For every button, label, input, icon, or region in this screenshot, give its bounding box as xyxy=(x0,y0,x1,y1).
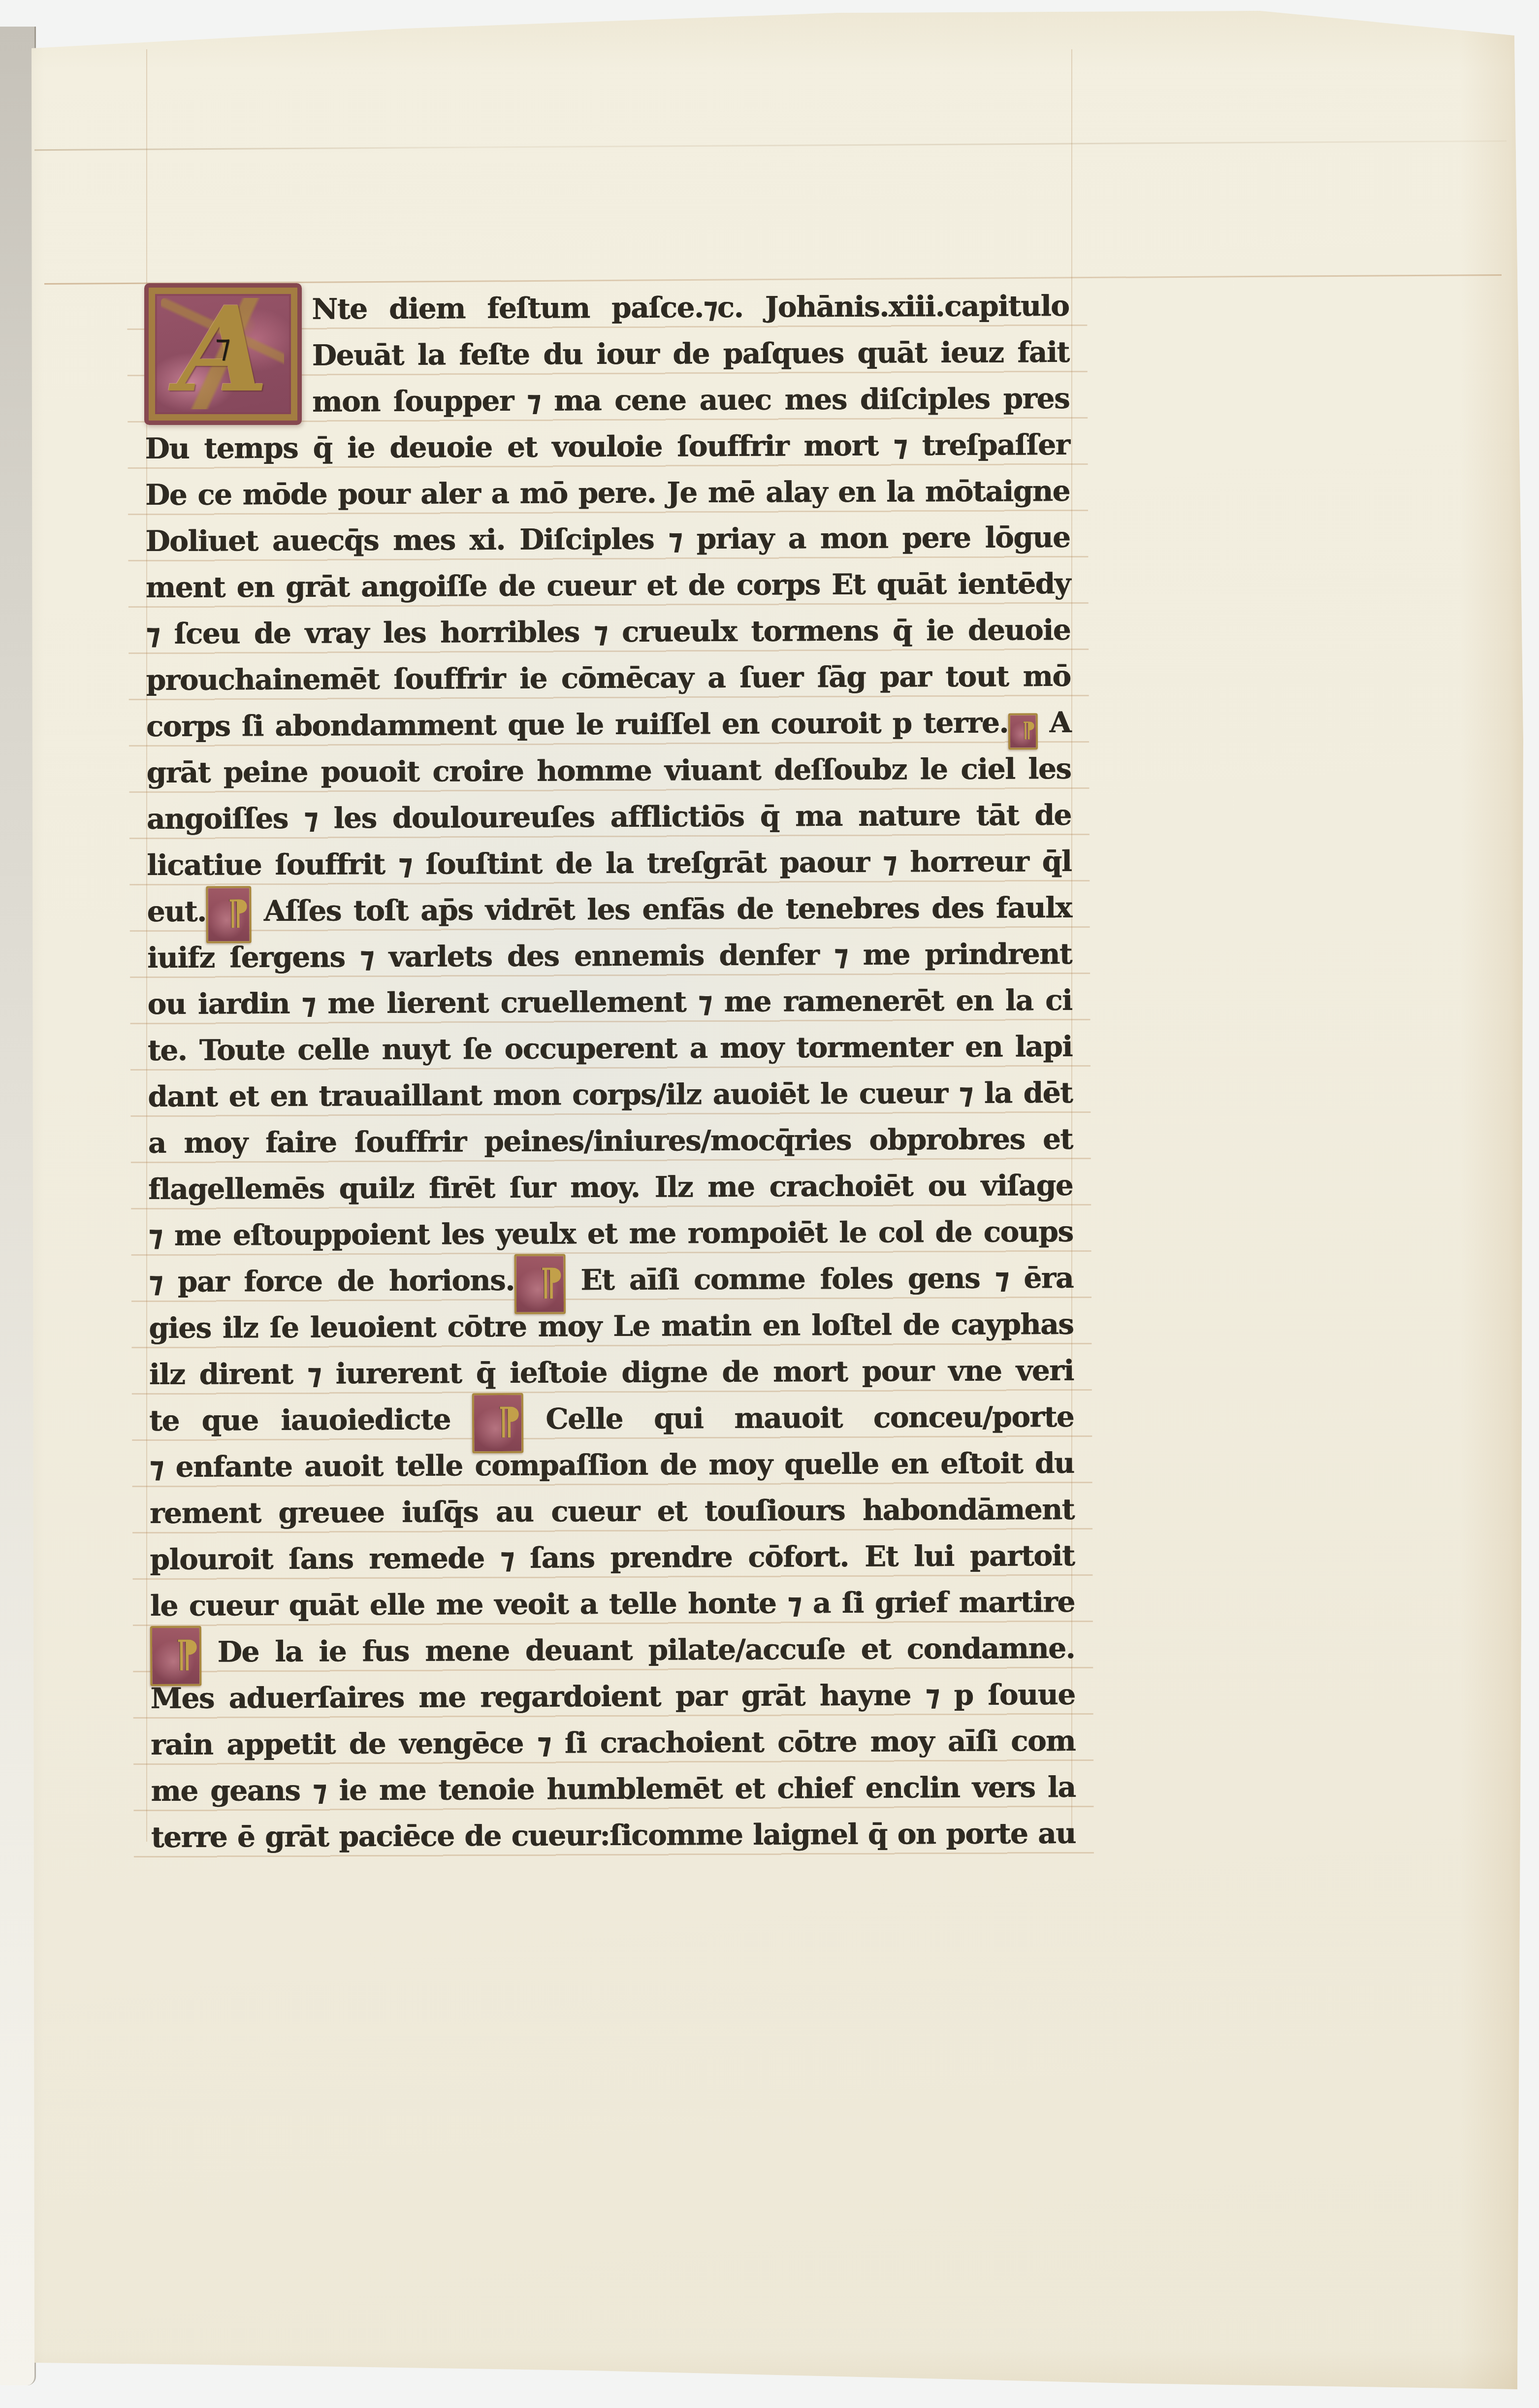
line-segment: corps ſi abondamment que le ruiſſel en c… xyxy=(146,706,1008,743)
line-segment: De la ie fus mene deuant pilate/accuſe e… xyxy=(217,1631,1075,1669)
text-line: a moy faire ſouffrir peines/iniures/mocq… xyxy=(148,1116,1072,1166)
line-segment: angoiſſes ⁊ les douloureuſes afflictiōs … xyxy=(147,798,1071,836)
text-line: flagellemēs quilz firēt ſur moy. Ilz me … xyxy=(148,1162,1073,1212)
line-segment: ou iardin ⁊ me lierent cruellement ⁊ me … xyxy=(147,983,1072,1021)
line-segment: ment en grāt angoiſſe de cueur et de cor… xyxy=(146,567,1070,604)
line-segment: mon ſoupper ⁊ ma cene auec mes diſciples… xyxy=(312,382,1069,419)
paragraph-mark: ¶ xyxy=(472,1393,523,1453)
line-segment: Mes aduerſaires me regardoient par grāt … xyxy=(150,1678,1075,1715)
paragraph-mark: ¶ xyxy=(514,1254,566,1314)
text-line: te que iauoiedicte¶ Celle qui mauoit con… xyxy=(149,1394,1074,1444)
line-segment: ilz dirent ⁊ iurerent q̄ ieſtoie digne d… xyxy=(149,1354,1073,1391)
paragraph-mark: ¶ xyxy=(150,1626,202,1686)
crease-line xyxy=(34,140,1507,151)
text-line: gies ilz ſe leuoient cōtre moy Le matin … xyxy=(149,1301,1073,1351)
line-segment: ⁊ ſceu de vray les horribles ⁊ crueulx t… xyxy=(146,613,1070,651)
manuscript-page: A ⁊ Nte diem feſtum paſce.⁊c. Johānis.xi… xyxy=(0,0,1539,2408)
text-line: mon ſoupper ⁊ ma cene auec mes diſciples… xyxy=(312,375,1069,425)
text-line: Mes aduerſaires me regardoient par grāt … xyxy=(150,1671,1075,1722)
text-line: plouroit ſans remede ⁊ ſans prendre cōfo… xyxy=(150,1532,1074,1583)
text-line: corps ſi abondamment que le ruiſſel en c… xyxy=(146,699,1071,749)
text-line: rain appetit de vengēce ⁊ ſi crachoient … xyxy=(151,1718,1075,1768)
line-segment: Aſſes toſt ap̄s vidrēt les enfās de tene… xyxy=(264,891,1072,928)
line-segment: Doliuet auecq̄s mes xi. Diſciples ⁊ pria… xyxy=(145,521,1070,558)
line-segment: le cueur quāt elle me veoit a telle hont… xyxy=(150,1585,1075,1623)
text-line: me geans ⁊ ie me tenoie humblemēt et chi… xyxy=(151,1764,1075,1814)
line-segment: rement greuee iuſq̄s au cueur et touſiou… xyxy=(150,1493,1074,1530)
text-line: ou iardin ⁊ me lierent cruellement ⁊ me … xyxy=(147,977,1072,1027)
text-block: Nte diem feſtum paſce.⁊c. Johānis.xiii.c… xyxy=(144,283,1076,1872)
line-segment: ⁊ par force de horions. xyxy=(149,1264,514,1299)
text-line: dant et en trauaillant mon corps/ilz auo… xyxy=(148,1070,1072,1120)
line-segment: Deuāt la feſte du iour de paſques quāt i… xyxy=(312,335,1069,372)
text-line: Du temps q̄ ie deuoie et vouloie ſouffri… xyxy=(145,422,1069,472)
paragraph-mark: ¶ xyxy=(1008,713,1038,749)
text-line: Doliuet auecq̄s mes xi. Diſciples ⁊ pria… xyxy=(145,514,1070,564)
text-line: le cueur quāt elle me veoit a telle hont… xyxy=(150,1579,1074,1629)
text-line: ¶ De la ie fus mene deuant pilate/accuſe… xyxy=(150,1625,1075,1675)
book-underpages-edge xyxy=(0,27,36,2385)
line-segment: De ce mōde pour aler a mō pere. Je mē al… xyxy=(145,474,1070,512)
text-line: ⁊ ſceu de vray les horribles ⁊ crueulx t… xyxy=(146,607,1070,657)
line-segment: a moy faire ſouffrir peines/iniures/mocq… xyxy=(148,1122,1072,1160)
screenshot-root: { "manuscript": { "initial_letter": "A",… xyxy=(0,0,1539,2408)
text-line: ⁊ par force de horions.¶ Et aīſi comme f… xyxy=(149,1255,1073,1305)
text-line: eut.¶ Aſſes toſt ap̄s vidrēt les enfās d… xyxy=(147,884,1071,935)
line-segment: licatiue ſouffrit ⁊ ſouſtint de la treſg… xyxy=(147,845,1071,882)
text-line: terre ē grāt paciēce de cueur:ſicomme la… xyxy=(151,1810,1076,1860)
line-segment: eut. xyxy=(147,895,206,929)
line-segment: Et aīſi comme foles gens ⁊ ēra xyxy=(580,1261,1073,1297)
text-line: angoiſſes ⁊ les douloureuſes afflictiōs … xyxy=(146,792,1071,842)
line-segment: Du temps q̄ ie deuoie et vouloie ſouffri… xyxy=(145,428,1069,465)
line-segment: terre ē grāt paciēce de cueur:ſicomme la… xyxy=(151,1817,1076,1854)
text-line: iuifz ſergens ⁊ varlets des ennemis denf… xyxy=(147,931,1072,981)
text-line: rement greuee iuſq̄s au cueur et touſiou… xyxy=(150,1486,1074,1536)
line-segment: A xyxy=(1049,706,1071,739)
text-line: ⁊ me eſtouppoient les yeulx et me rompoi… xyxy=(148,1208,1073,1259)
line-segment: dant et en trauaillant mon corps/ilz auo… xyxy=(148,1076,1072,1113)
text-line: Deuāt la feſte du iour de paſques quāt i… xyxy=(312,329,1069,379)
line-segment: ⁊ me eſtouppoient les yeulx et me rompoi… xyxy=(148,1215,1073,1252)
text-line: te. Toute celle nuyt ſe occuperent a moy… xyxy=(148,1023,1072,1074)
line-segment: prouchainemēt ſouffrir ie cōmēcay a ſuer… xyxy=(146,659,1070,697)
text-line: De ce mōde pour aler a mō pere. Je mē al… xyxy=(145,468,1070,518)
paragraph-mark: ¶ xyxy=(206,886,252,943)
line-segment: te. Toute celle nuyt ſe occuperent a moy… xyxy=(148,1030,1072,1067)
line-segment: te que iauoiedicte xyxy=(149,1402,450,1437)
text-line: prouchainemēt ſouffrir ie cōmēcay a ſuer… xyxy=(146,653,1070,703)
text-line: ilz dirent ⁊ iurerent q̄ ieſtoie digne d… xyxy=(149,1347,1073,1398)
line-segment: plouroit ſans remede ⁊ ſans prendre cōfo… xyxy=(150,1539,1074,1576)
line-segment: gies ilz ſe leuoient cōtre moy Le matin … xyxy=(149,1307,1073,1345)
text-line: ⁊ enfante auoit telle compaſſion de moy … xyxy=(149,1440,1074,1490)
line-segment: rain appetit de vengēce ⁊ ſi crachoient … xyxy=(151,1724,1075,1761)
line-segment: me geans ⁊ ie me tenoie humblemēt et chi… xyxy=(151,1770,1075,1808)
line-segment: iuifz ſergens ⁊ varlets des ennemis denf… xyxy=(147,937,1072,975)
text-line: licatiue ſouffrit ⁊ ſouſtint de la treſg… xyxy=(147,838,1071,888)
line-segment: grāt peine pouoit croire homme viuant de… xyxy=(146,752,1071,789)
line-segment: Nte diem feſtum paſce.⁊c. Johānis.xiii.c… xyxy=(312,289,1069,326)
line-segment: ⁊ enfante auoit telle compaſſion de moy … xyxy=(149,1446,1074,1484)
text-line: grāt peine pouoit croire homme viuant de… xyxy=(146,746,1071,796)
line-segment: Celle qui mauoit conceu/porte xyxy=(545,1400,1074,1436)
line-segment: flagellemēs quilz firēt ſur moy. Ilz me … xyxy=(148,1169,1073,1206)
text-line: ment en grāt angoiſſe de cueur et de cor… xyxy=(145,560,1070,611)
text-line: Nte diem feſtum paſce.⁊c. Johānis.xiii.c… xyxy=(312,283,1069,332)
